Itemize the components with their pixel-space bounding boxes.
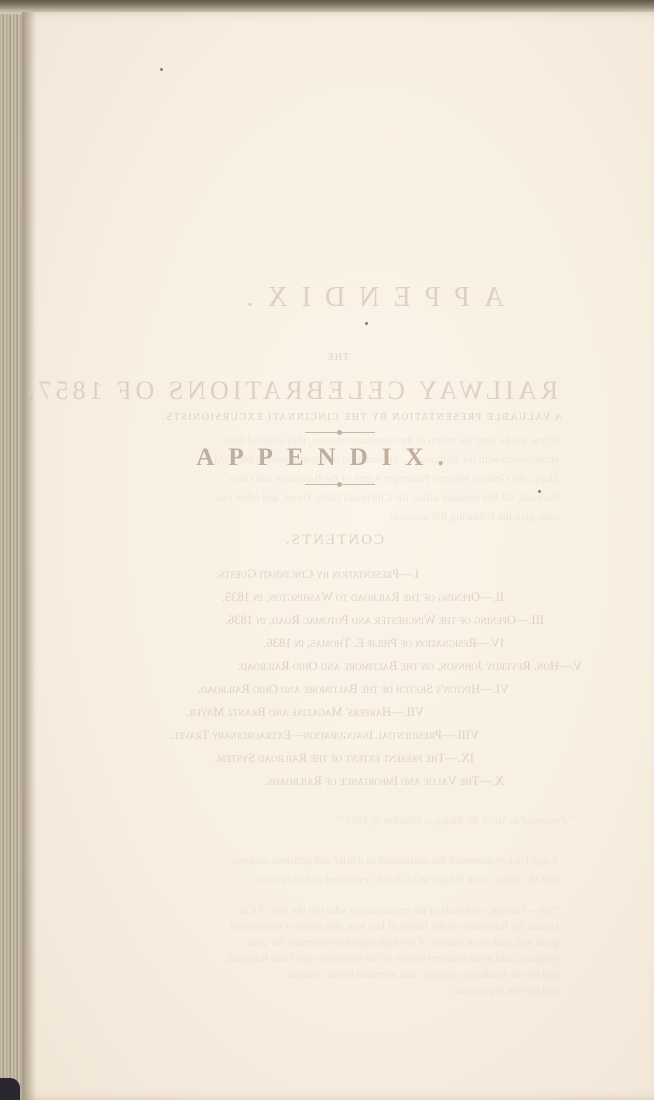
page-title: APPENDIX. (0, 444, 654, 472)
ornament-rule-bottom (305, 484, 375, 485)
speck (538, 490, 541, 493)
ornament-rule-top (305, 432, 375, 433)
speck (160, 68, 163, 71)
speck (365, 322, 368, 325)
foreground-page-content: APPENDIX. (0, 0, 654, 1100)
